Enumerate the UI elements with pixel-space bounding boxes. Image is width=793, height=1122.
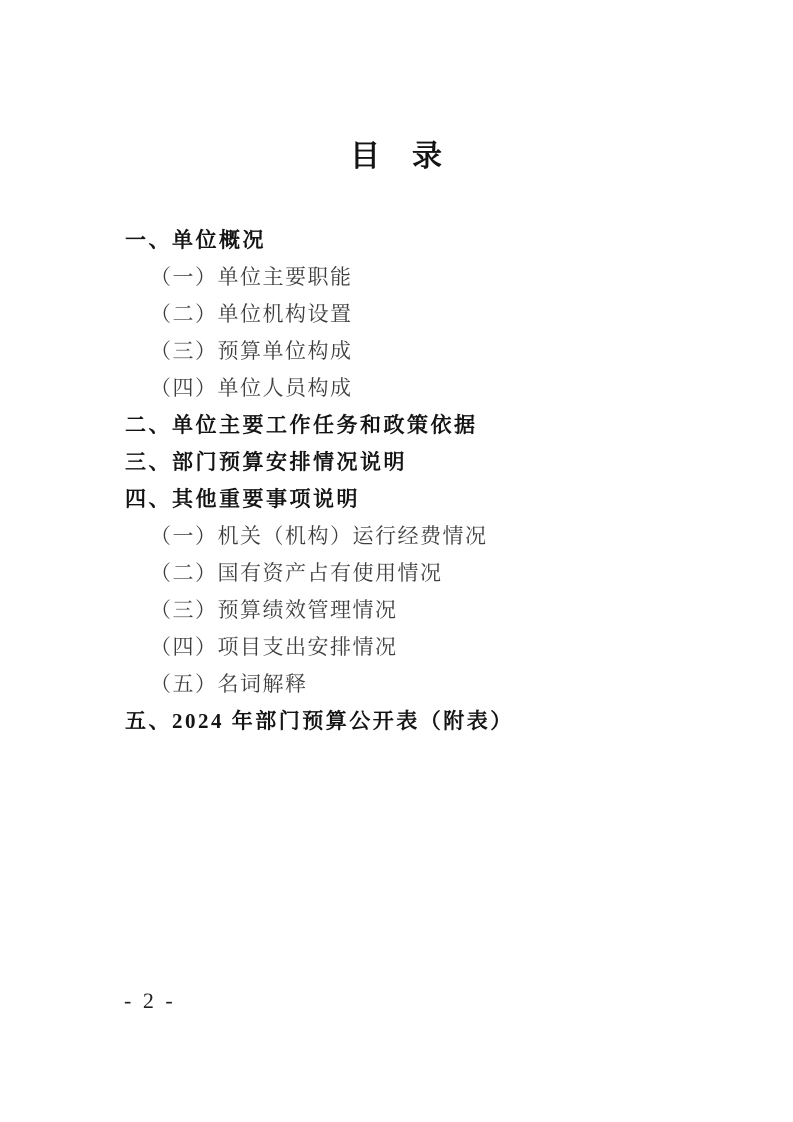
page-number: - 2 - [124, 988, 176, 1014]
toc-item-section-3: 三、部门预算安排情况说明 [125, 442, 753, 479]
toc-item-section-4-sub-2: （二）国有资产占有使用情况 [125, 553, 753, 590]
toc-item-section-4-sub-1: （一）机关（机构）运行经费情况 [125, 516, 753, 553]
toc-item-section-4-sub-4: （四）项目支出安排情况 [125, 627, 753, 664]
toc-item-section-1-sub-2: （二）单位机构设置 [125, 294, 753, 331]
toc-item-section-1-sub-1: （一）单位主要职能 [125, 257, 753, 294]
page-title: 目 录 [0, 139, 793, 175]
toc-item-section-4-sub-5: （五）名词解释 [125, 664, 753, 701]
toc-item-section-4-sub-3: （三）预算绩效管理情况 [125, 590, 753, 627]
toc-item-section-1: 一、单位概况 [125, 220, 753, 257]
toc-item-section-4: 四、其他重要事项说明 [125, 479, 753, 516]
toc-item-section-1-sub-4: （四）单位人员构成 [125, 368, 753, 405]
document-page: 目 录 一、单位概况 （一）单位主要职能 （二）单位机构设置 （三）预算单位构成… [0, 0, 793, 1122]
toc-item-section-5: 五、2024 年部门预算公开表（附表） [125, 701, 753, 738]
toc-item-section-2: 二、单位主要工作任务和政策依据 [125, 405, 753, 442]
toc-item-section-1-sub-3: （三）预算单位构成 [125, 331, 753, 368]
toc-list: 一、单位概况 （一）单位主要职能 （二）单位机构设置 （三）预算单位构成 （四）… [125, 220, 753, 738]
